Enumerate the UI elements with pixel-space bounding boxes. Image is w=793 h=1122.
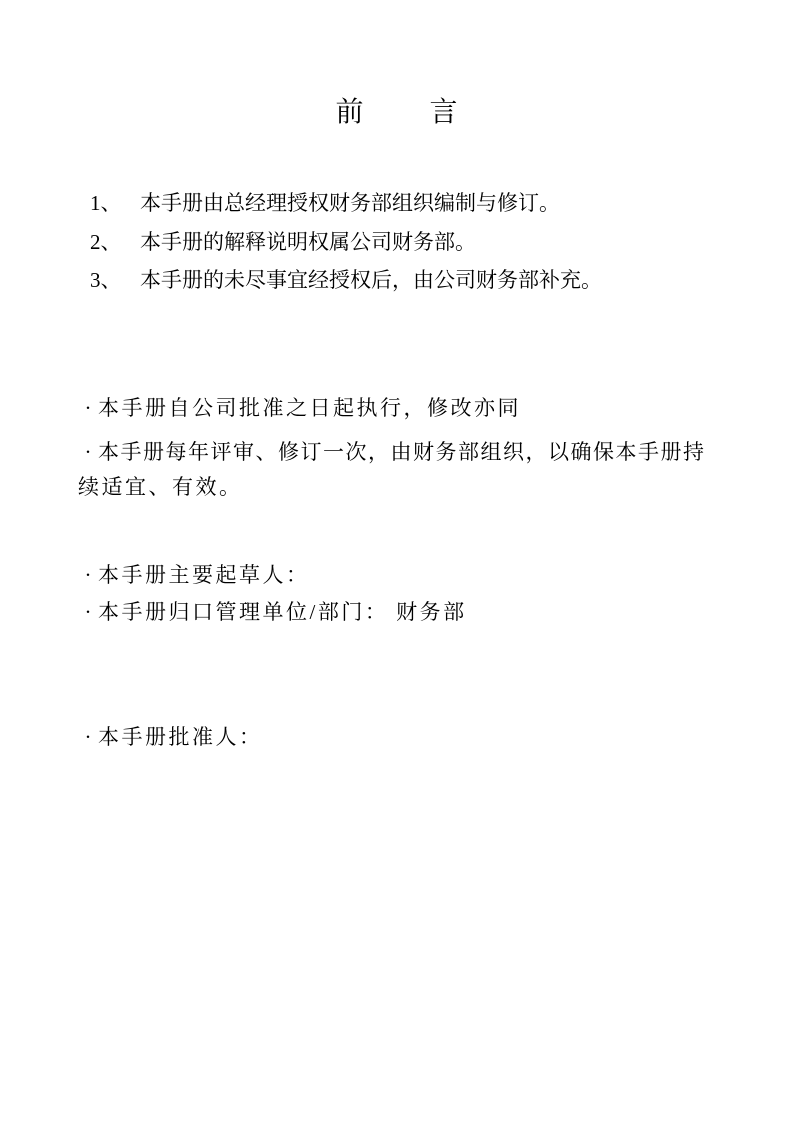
- numbered-item-3: 3、本手册的未尽事宜经授权后，由公司财务部补充。: [90, 268, 602, 292]
- bullet-text: 本手册自公司批准之日起执行，修改亦同: [98, 396, 521, 420]
- document-page: 前 言 1、本手册由总经理授权财务部组织编制与修订。 2、本手册的解释说明权属公…: [0, 0, 793, 1122]
- bullet-review-note-line2: 续适宜、有效。: [78, 475, 243, 499]
- bullet-review-note-line1: ·本手册每年评审、修订一次，由财务部组织，以确保本手册持: [78, 440, 706, 464]
- item-number: 2、: [90, 230, 140, 254]
- bullet-drafter-note: ·本手册主要起草人：: [78, 563, 310, 587]
- page-title: 前 言: [0, 98, 793, 128]
- bullet-text: 本手册批准人：: [98, 725, 263, 749]
- bullet-marker: ·: [78, 563, 98, 587]
- bullet-text: 续适宜、有效。: [78, 475, 243, 499]
- numbered-item-1: 1、本手册由总经理授权财务部组织编制与修订。: [90, 191, 560, 215]
- bullet-text: 本手册归口管理单位/部门： 财务部: [98, 600, 467, 624]
- bullet-execution-note: ·本手册自公司批准之日起执行，修改亦同: [78, 396, 521, 420]
- bullet-text: 本手册每年评审、修订一次，由财务部组织，以确保本手册持: [98, 440, 706, 464]
- item-number: 3、: [90, 268, 140, 292]
- bullet-marker: ·: [78, 600, 98, 624]
- bullet-marker: ·: [78, 396, 98, 420]
- bullet-management-unit-note: ·本手册归口管理单位/部门： 财务部: [78, 600, 467, 624]
- title-char-second: 言: [430, 98, 458, 128]
- bullet-text: 本手册主要起草人：: [98, 563, 310, 587]
- title-char-first: 前: [335, 98, 363, 128]
- bullet-marker: ·: [78, 440, 98, 464]
- numbered-item-2: 2、本手册的解释说明权属公司财务部。: [90, 230, 476, 254]
- item-text: 本手册的解释说明权属公司财务部。: [140, 230, 476, 254]
- item-text: 本手册由总经理授权财务部组织编制与修订。: [140, 191, 560, 215]
- item-number: 1、: [90, 191, 140, 215]
- item-text: 本手册的未尽事宜经授权后，由公司财务部补充。: [140, 268, 602, 292]
- bullet-marker: ·: [78, 725, 98, 749]
- bullet-approver-note: ·本手册批准人：: [78, 725, 263, 749]
